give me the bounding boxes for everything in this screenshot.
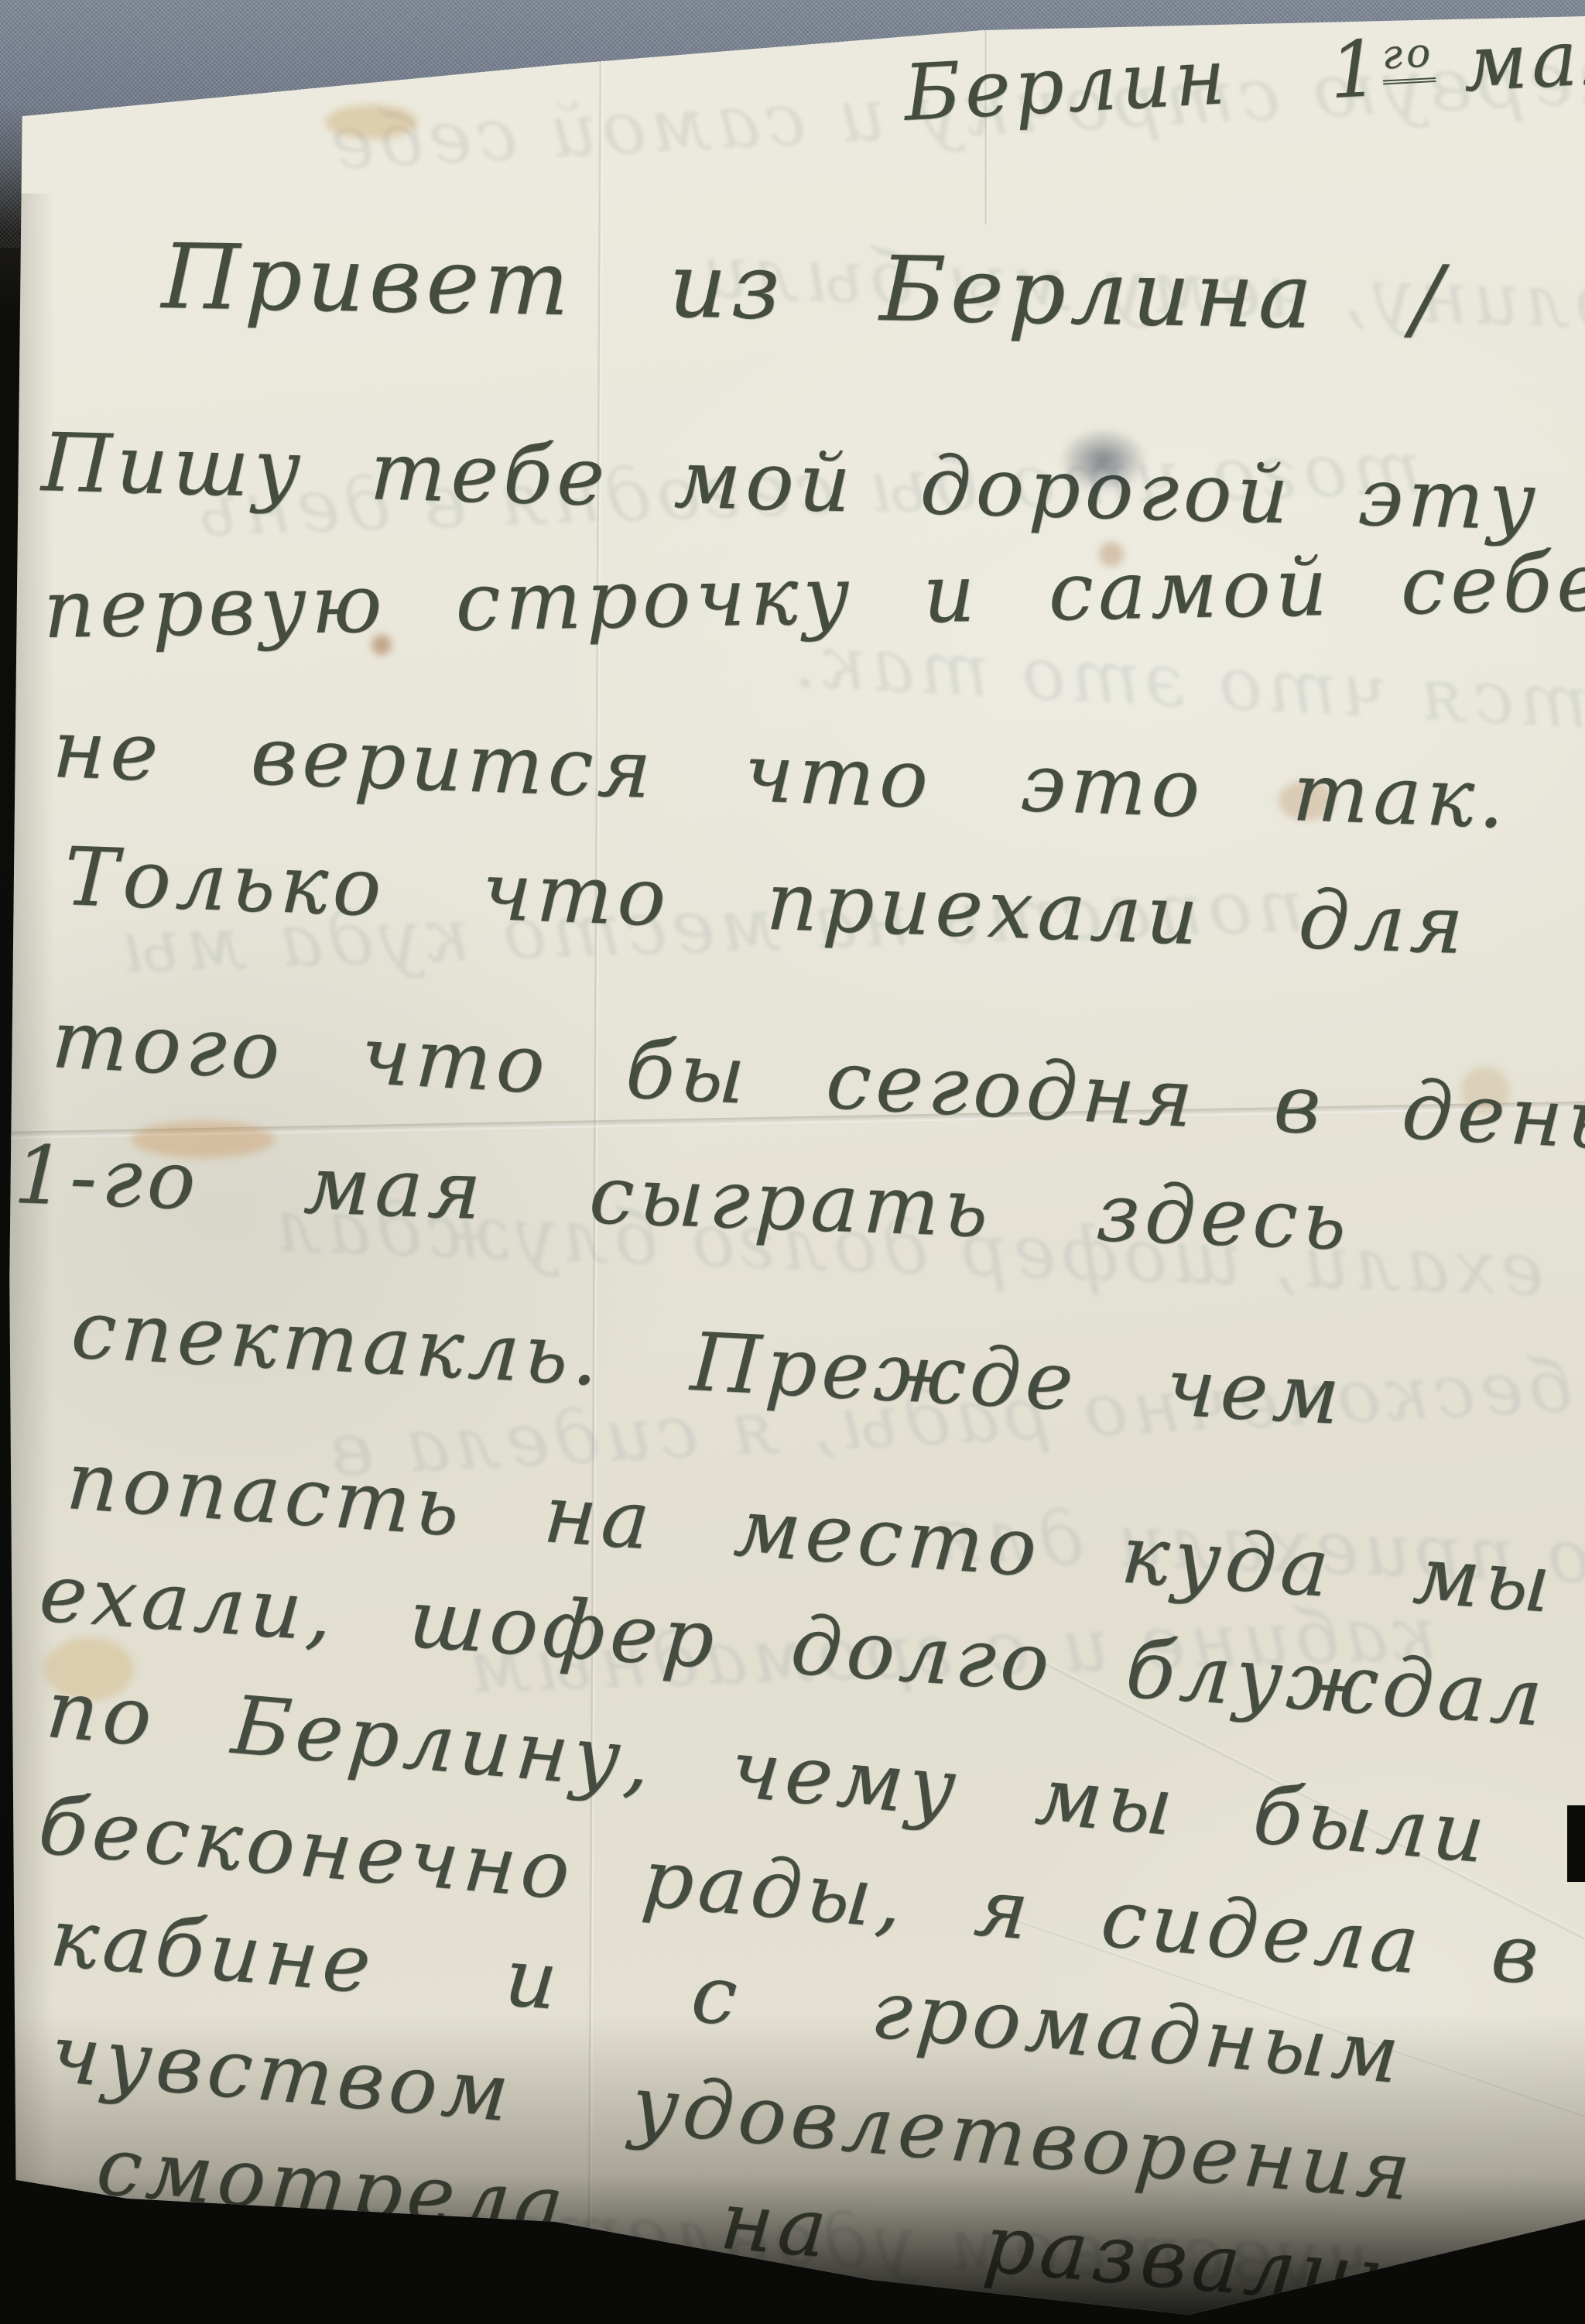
ink-blot bbox=[1059, 427, 1148, 493]
date-spacer bbox=[1231, 98, 1331, 103]
letter-line: Привет из Берлина / bbox=[161, 232, 1447, 344]
letter-line: 1-го мая сыграть здесь bbox=[12, 1134, 1352, 1261]
stain bbox=[325, 105, 418, 139]
date-day: 1 bbox=[1327, 23, 1385, 116]
letter-paper: первую строчку и самой себе по Берлину, … bbox=[0, 0, 1585, 2324]
photo-background: первую строчку и самой себе по Берлину, … bbox=[0, 0, 1585, 2324]
paper-tear-notch bbox=[1567, 1805, 1585, 1882]
paper-left-shade bbox=[0, 194, 54, 2206]
paper-bottom-shadow bbox=[0, 2013, 1585, 2324]
date-day-suffix: го bbox=[1381, 29, 1436, 84]
date-city: Берлин bbox=[902, 31, 1231, 139]
letter-line: первую строчку и самой себе bbox=[43, 542, 1585, 650]
